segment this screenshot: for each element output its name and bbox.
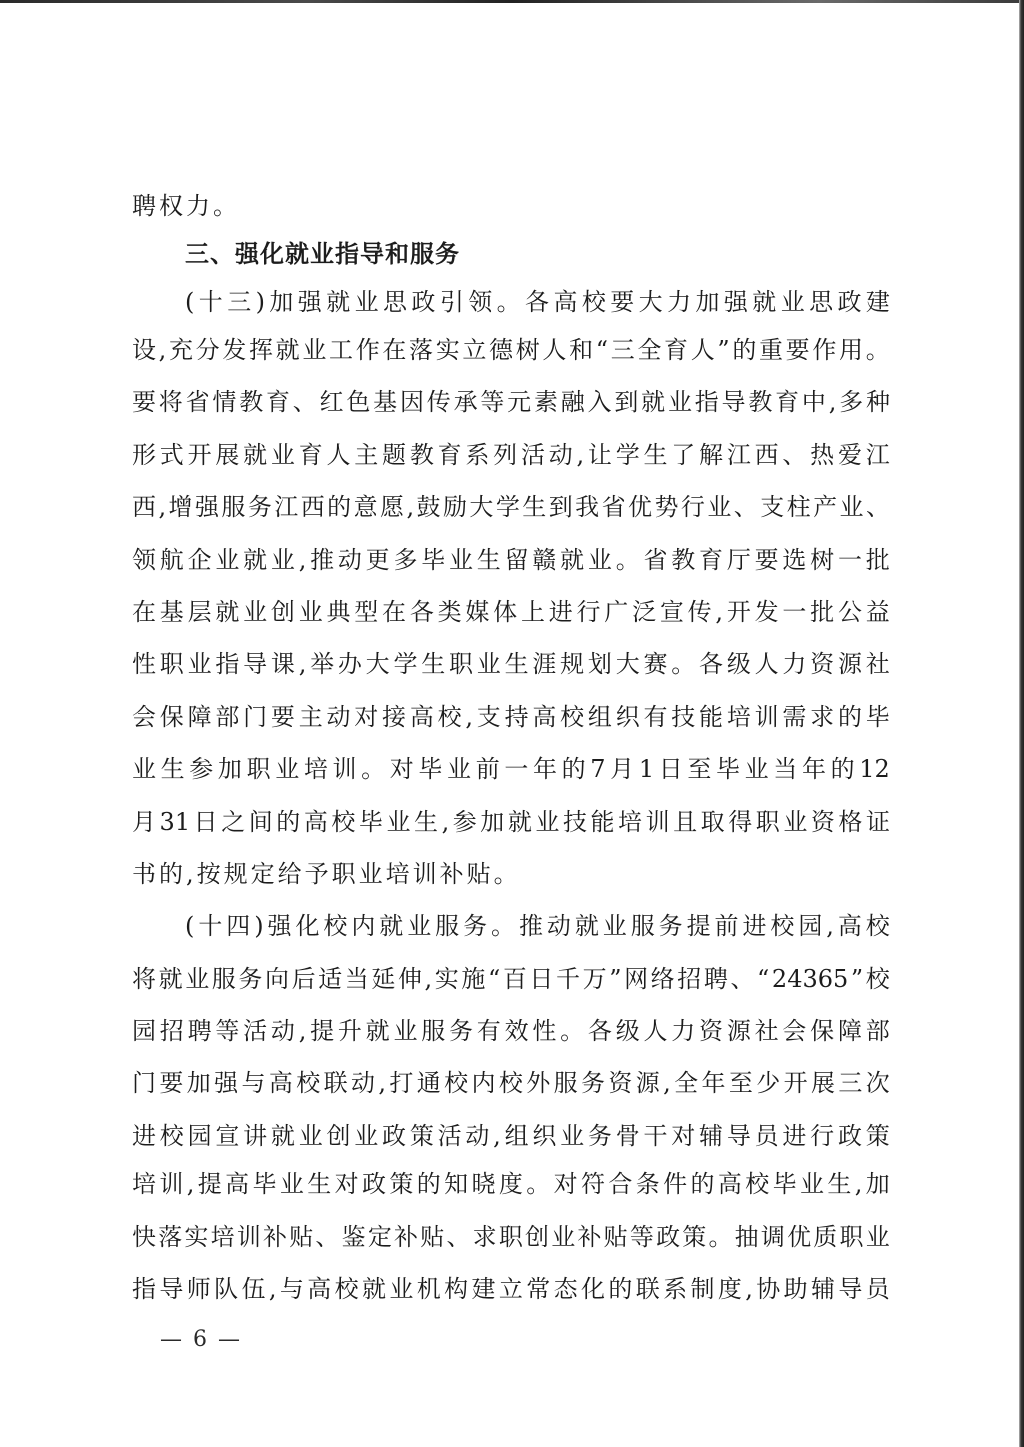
body-text-line: 领航企业就业,推动更多毕业生留赣就业。省教育厅要选树一批	[132, 545, 890, 575]
body-text-line: 指导师队伍,与高校就业机构建立常态化的联系制度,协助辅导员	[132, 1274, 890, 1304]
body-text-line: 设,充分发挥就业工作在落实立德树人和“三全育人”的重要作用。	[132, 335, 890, 365]
body-text-line: 书的,按规定给予职业培训补贴。	[132, 859, 890, 889]
section-heading: 三、强化就业指导和服务	[185, 239, 890, 269]
body-text-line: 将就业服务向后适当延伸,实施“百日千万”网络招聘、“24365”校	[132, 964, 890, 994]
body-text-line: 培训,提高毕业生对政策的知晓度。对符合条件的高校毕业生,加	[132, 1169, 890, 1199]
body-text-line: 在基层就业创业典型在各类媒体上进行广泛宣传,开发一批公益	[132, 597, 890, 627]
body-text-line: 要将省情教育、红色基因传承等元素融入到就业指导教育中,多种	[132, 387, 890, 417]
body-text-line: 会保障部门要主动对接高校,支持高校组织有技能培训需求的毕	[132, 702, 890, 732]
body-text-line: 性职业指导课,举办大学生职业生涯规划大赛。各级人力资源社	[132, 649, 890, 679]
body-text-line: (十四)强化校内就业服务。推动就业服务提前进校园,高校	[185, 911, 890, 941]
body-text-line: 门要加强与高校联动,打通校内校外服务资源,全年至少开展三次	[132, 1068, 890, 1098]
document-page: 聘权力。三、强化就业指导和服务(十三)加强就业思政引领。各高校要大力加强就业思政…	[0, 0, 1024, 1447]
body-text-line: 园招聘等活动,提升就业服务有效性。各级人力资源社会保障部	[132, 1016, 890, 1046]
body-text-line: 快落实培训补贴、鉴定补贴、求职创业补贴等政策。抽调优质职业	[132, 1222, 890, 1252]
body-text-line: 业生参加职业培训。对毕业前一年的7月1日至毕业当年的12	[132, 754, 890, 784]
body-text-line: (十三)加强就业思政引领。各高校要大力加强就业思政建	[185, 287, 890, 317]
body-text-line: 形式开展就业育人主题教育系列活动,让学生了解江西、热爱江	[132, 440, 890, 470]
body-text-line: 进校园宣讲就业创业政策活动,组织业务骨干对辅导员进行政策	[132, 1121, 890, 1151]
body-text-line: 月31日之间的高校毕业生,参加就业技能培训且取得职业资格证	[132, 807, 890, 837]
body-text-line: 聘权力。	[132, 191, 890, 221]
page-number: — 6 —	[160, 1325, 242, 1355]
body-text-line: 西,增强服务江西的意愿,鼓励大学生到我省优势行业、支柱产业、	[132, 492, 890, 522]
